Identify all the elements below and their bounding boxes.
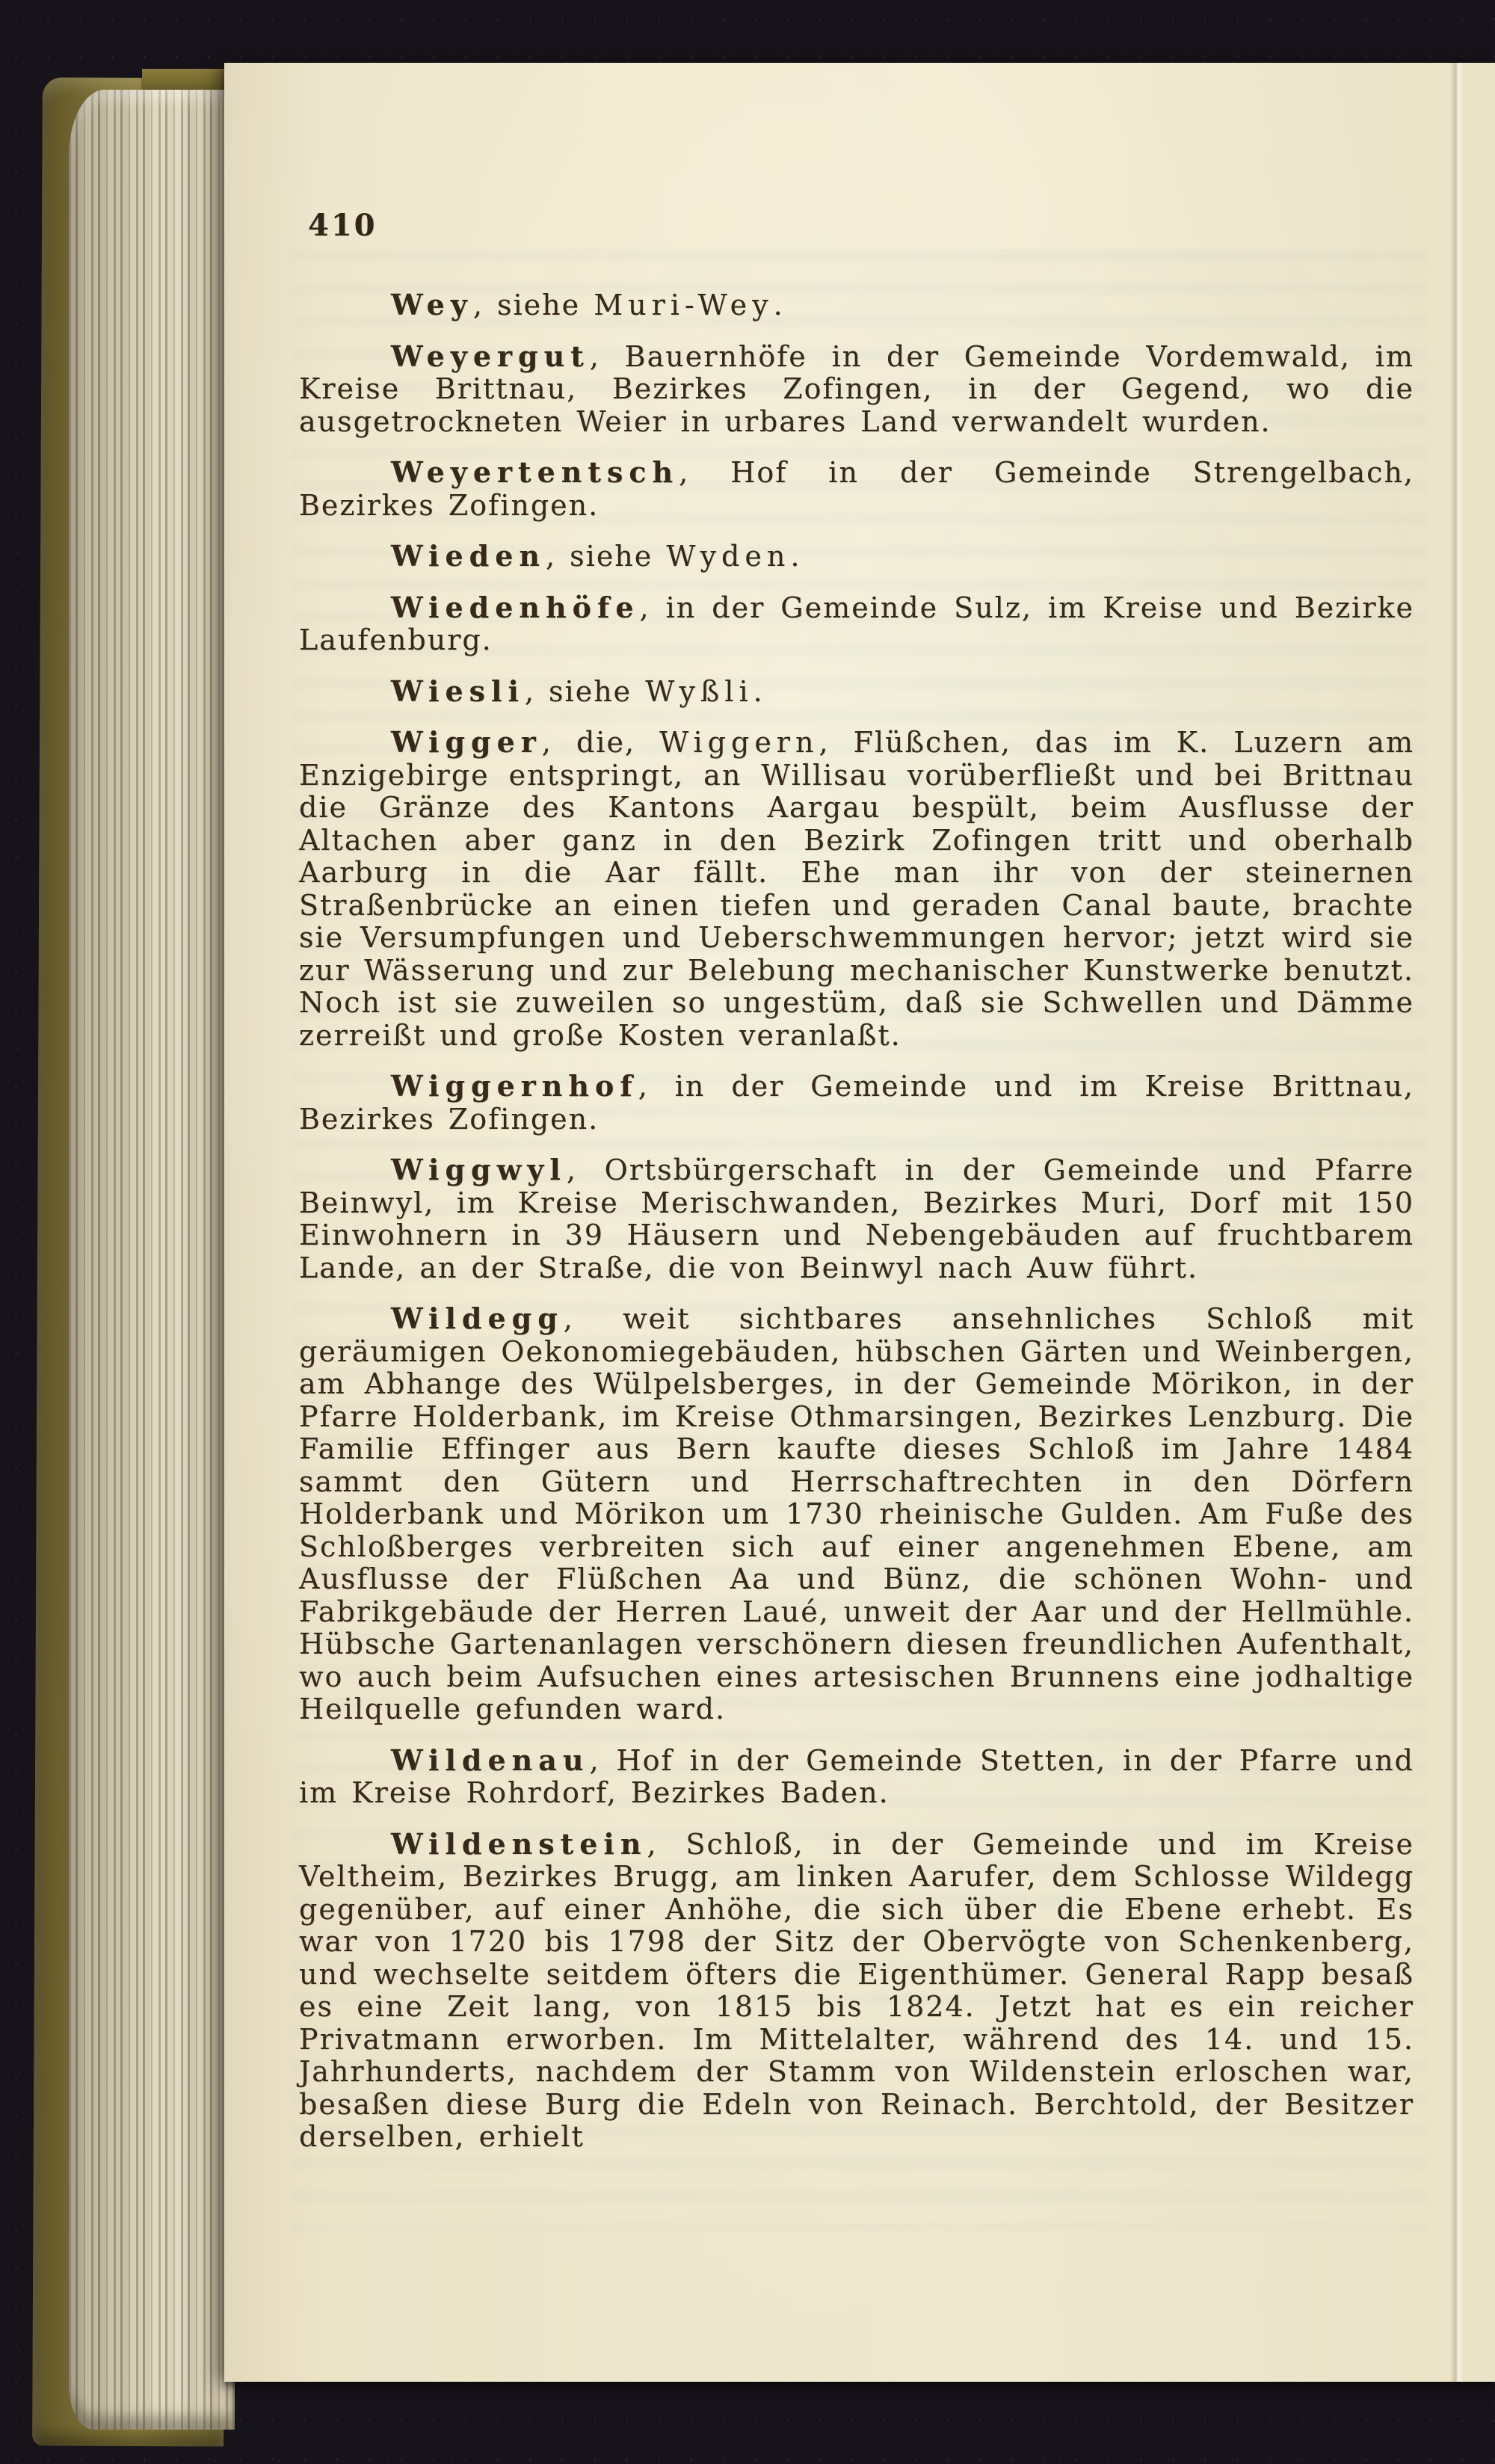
entry-headword: Wigger	[391, 725, 542, 759]
page-stack-edges	[69, 90, 235, 2430]
entry-weyergut: Weyergut, Bauernhöfe in der Gemeinde Vor…	[299, 340, 1414, 439]
entry-wiggernhof: Wiggernhof, in der Gemeinde und im Kreis…	[299, 1070, 1414, 1136]
entry-text: , siehe	[473, 289, 594, 321]
entry-headword: Wiggernhof	[391, 1069, 638, 1103]
entry-text: , die,	[542, 726, 659, 759]
entry-wiesli: Wiesli, siehe Wyßli.	[299, 675, 1414, 709]
entry-text: , siehe	[525, 675, 645, 708]
entry-weyertentsch: Weyertentsch, Hof in der Gemeinde Streng…	[299, 456, 1414, 522]
page-number: 410	[308, 209, 1414, 242]
entry-wey: Wey, siehe Muri-Wey.	[299, 289, 1414, 322]
entry-reference: Wiggern	[659, 726, 819, 759]
entry-text: , siehe	[546, 540, 666, 573]
entry-text: , Schloß, in der Gemeinde und im Kreise …	[299, 1828, 1414, 2154]
entry-headword: Wiedenhöfe	[391, 591, 640, 624]
entry-reference: Wyßli	[645, 675, 753, 708]
entry-wildenstein: Wildenstein, Schloß, in der Gemeinde und…	[299, 1828, 1414, 2154]
entry-reference: Wyden	[666, 540, 790, 573]
page-crease	[1450, 63, 1464, 2382]
entry-reference: Muri-Wey	[594, 289, 773, 321]
entry-headword: Wildenstein	[391, 1827, 647, 1861]
entry-wildegg: Wildegg, weit sichtbares ansehnliches Sc…	[299, 1302, 1414, 1726]
entry-text: .	[753, 675, 764, 708]
entry-wiedenhoefe: Wiedenhöfe, in der Gemeinde Sulz, im Kre…	[299, 591, 1414, 657]
text-block: 410 Wey, siehe Muri-Wey. Weyergut, Bauer…	[299, 209, 1414, 2172]
entry-wiggwyl: Wiggwyl, Ortsbürgerschaft in der Gemeind…	[299, 1154, 1414, 1284]
entry-text: .	[774, 289, 784, 321]
entry-wieden: Wieden, siehe Wyden.	[299, 540, 1414, 573]
entry-headword: Wildegg	[391, 1302, 564, 1335]
entry-headword: Weyergut	[391, 339, 590, 373]
entry-headword: Weyertentsch	[391, 455, 679, 489]
entry-headword: Wey	[391, 288, 473, 321]
entry-text: , weit sichtbares ansehnliches Schloß mi…	[299, 1302, 1414, 1725]
entry-headword: Wieden	[391, 539, 546, 573]
entry-headword: Wiggwyl	[391, 1153, 567, 1186]
entry-text: .	[790, 540, 801, 573]
entry-headword: Wildenau	[391, 1743, 590, 1777]
scanned-book-page: 410 Wey, siehe Muri-Wey. Weyergut, Bauer…	[224, 63, 1495, 2382]
entry-wildenau: Wildenau, Hof in der Gemeinde Stetten, i…	[299, 1744, 1414, 1810]
entry-headword: Wiesli	[391, 674, 525, 708]
entry-wigger: Wigger, die, Wiggern, Flüßchen, das im K…	[299, 726, 1414, 1052]
entry-text: , Flüßchen, das im K. Luzern am Enzigebi…	[299, 726, 1414, 1052]
